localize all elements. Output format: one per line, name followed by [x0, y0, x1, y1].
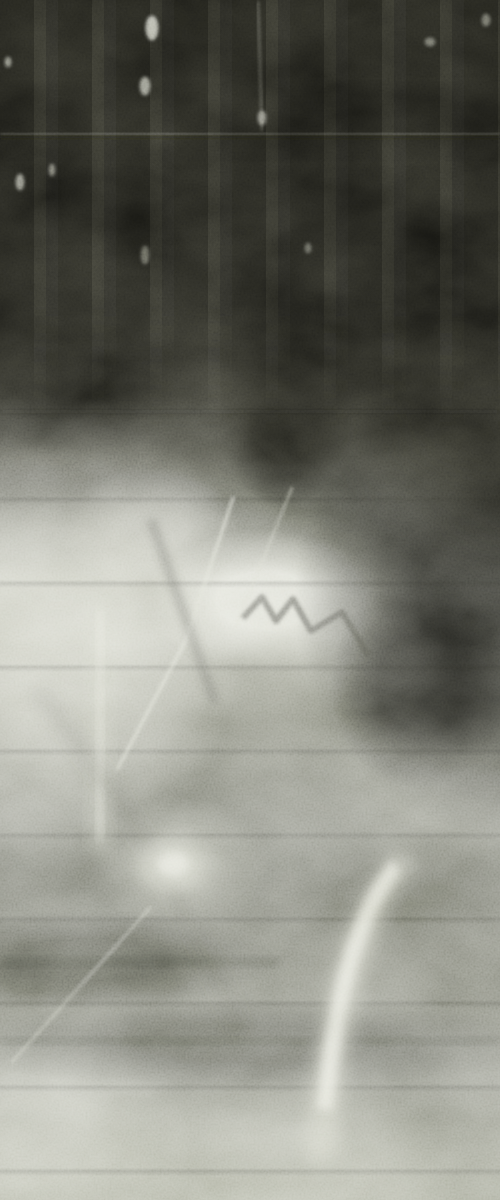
- mottle-noise-overlay: [0, 0, 500, 1200]
- dark-masses-layer: [0, 0, 500, 1200]
- detail-marks-layer: [0, 0, 500, 1200]
- scratch-marks: [12, 2, 292, 1062]
- white-specks: [5, 14, 490, 264]
- crescent-highlight: [139, 840, 414, 1164]
- light-masses-layer: [0, 0, 500, 1200]
- base-tone-gradient: [0, 0, 500, 1200]
- texture-photo: [0, 0, 500, 1200]
- crease-lines: [0, 133, 500, 1044]
- vertical-streaks-layer: [0, 0, 500, 430]
- ridge-squiggle-mark: [243, 597, 368, 655]
- film-grain-overlay: [0, 0, 500, 1200]
- plank-lines-layer: [0, 0, 500, 1200]
